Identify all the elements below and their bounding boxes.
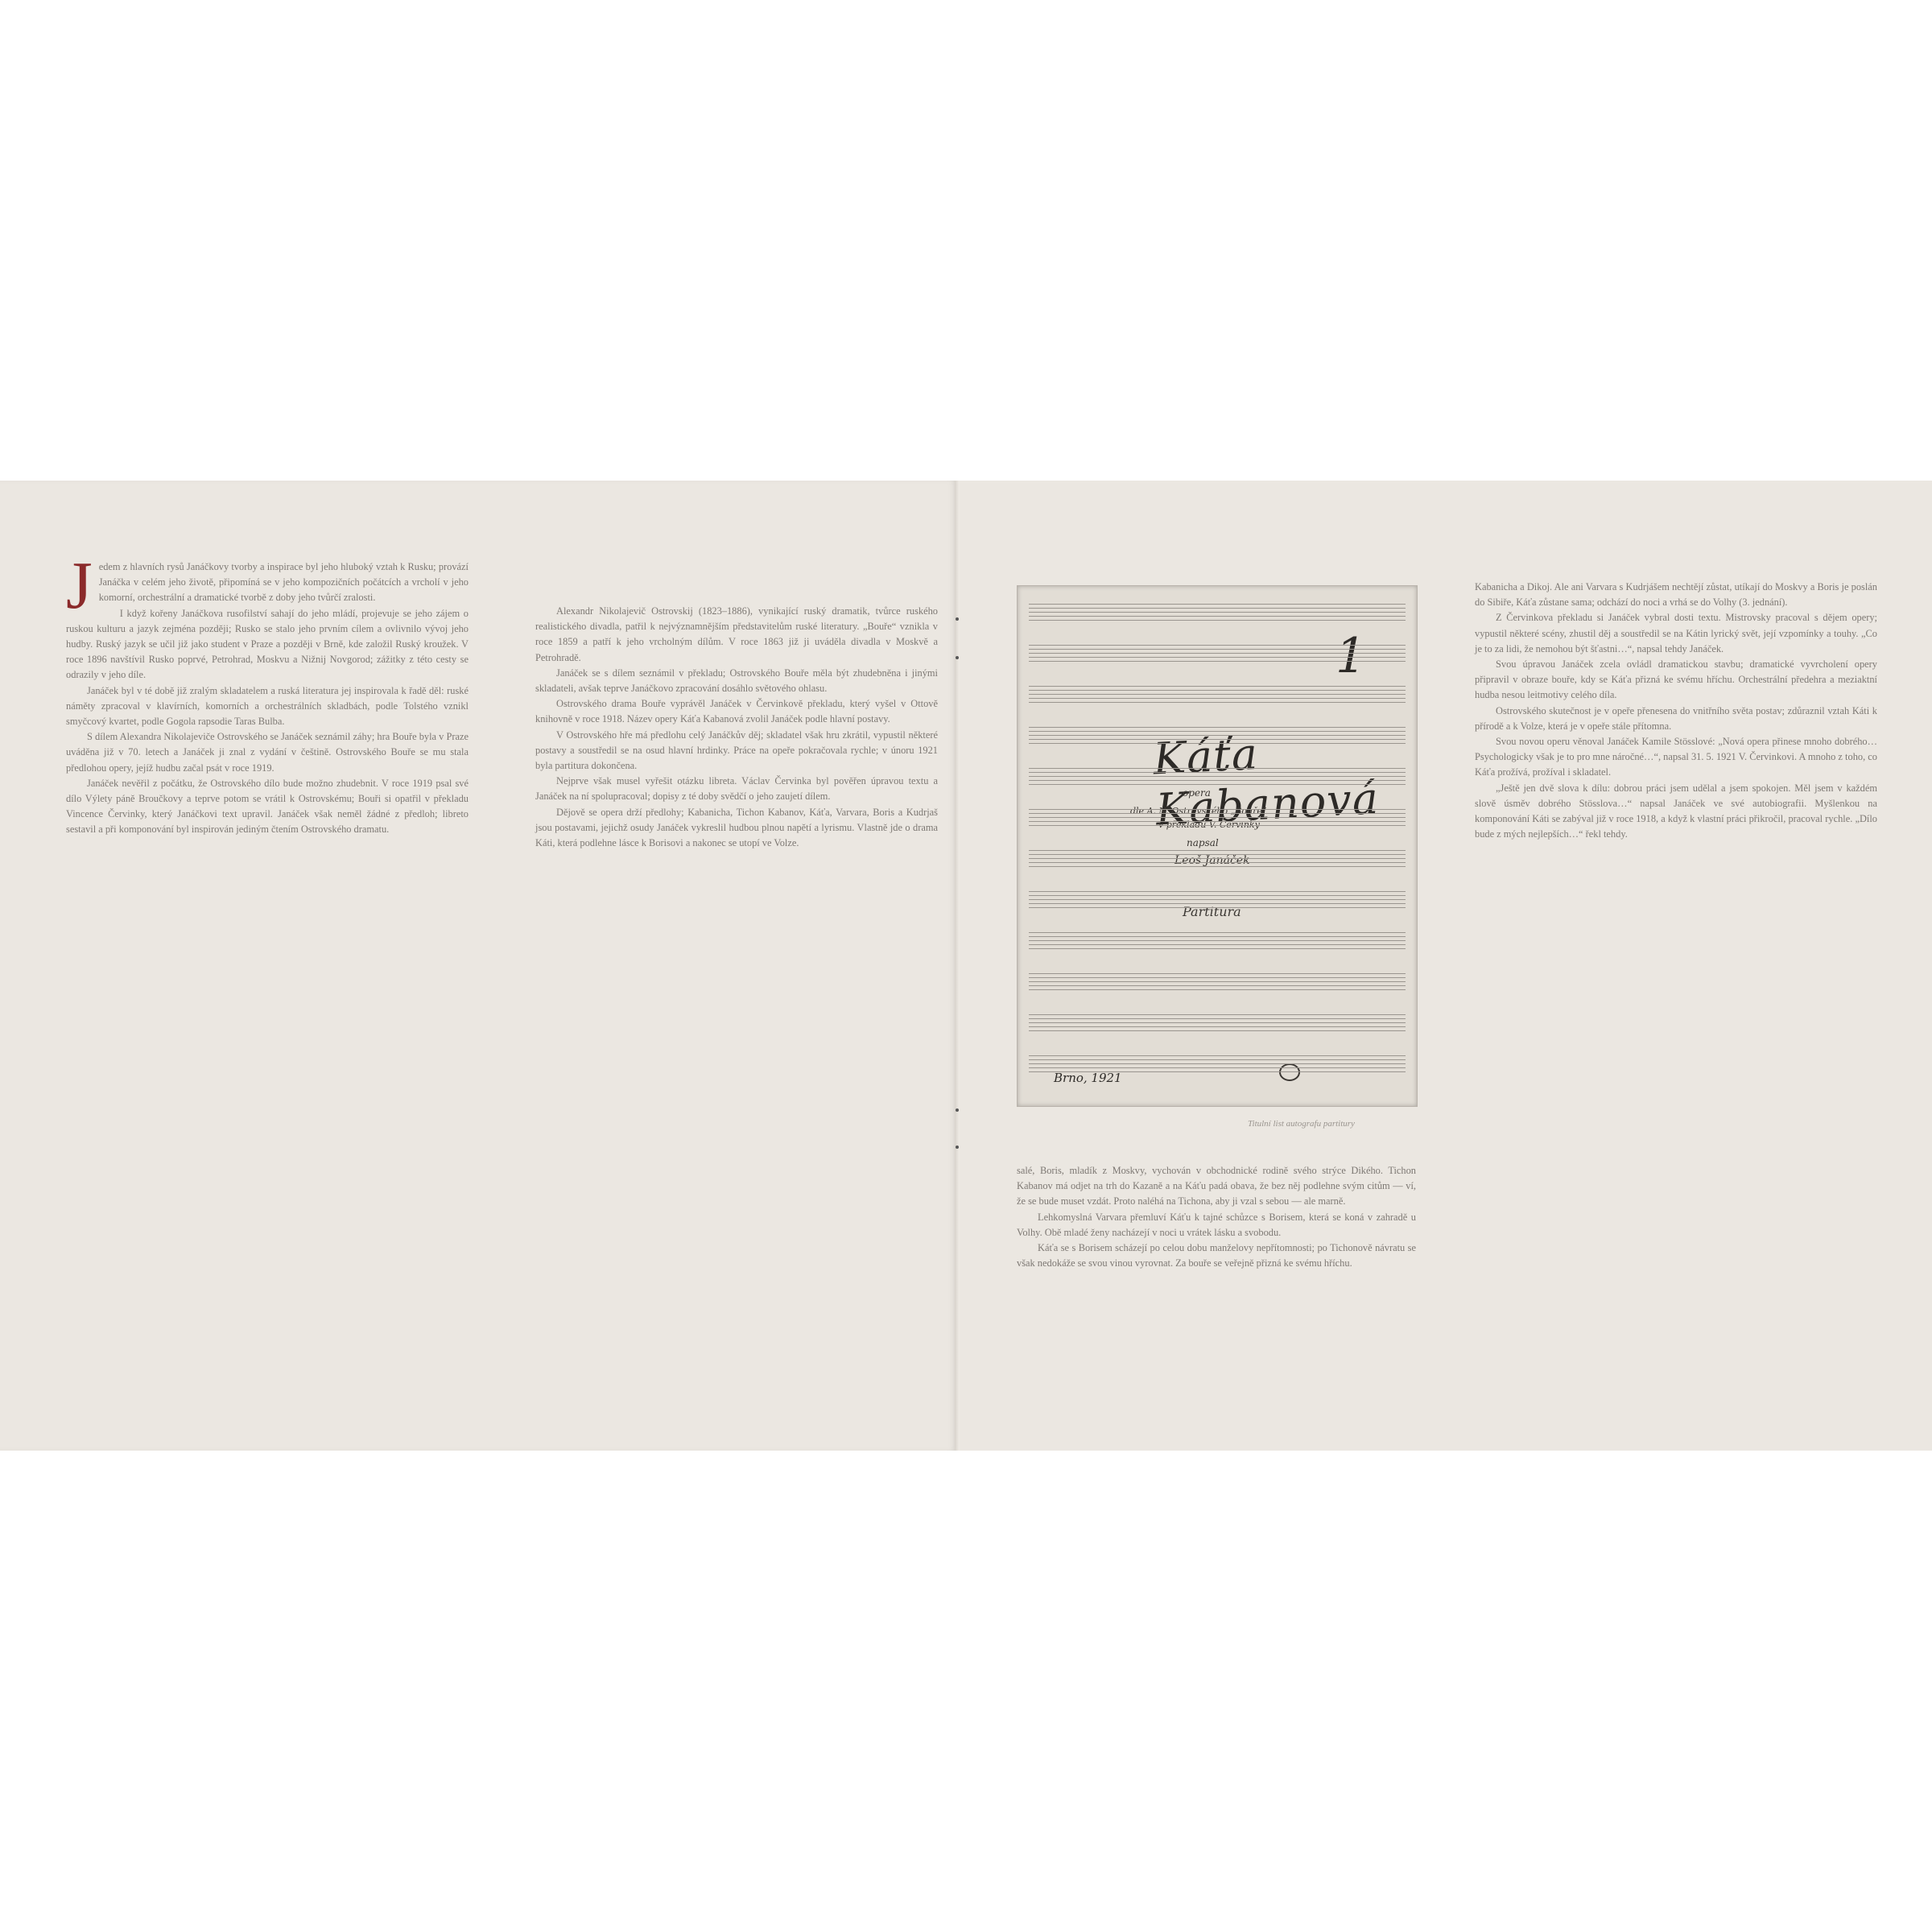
staff-line xyxy=(1029,854,1406,855)
paragraph: Janáček byl v té době již zralým skladat… xyxy=(66,683,469,730)
paragraph: Janáček nevěřil z počátku, že Ostrovskéh… xyxy=(66,776,469,838)
manuscript-number: 1 xyxy=(1335,628,1366,684)
staff-line xyxy=(1029,616,1406,617)
staff-line xyxy=(1029,891,1406,892)
library-stamp-icon xyxy=(1279,1063,1300,1081)
staff-line xyxy=(1029,813,1406,814)
manuscript-title: Káťa Kabanová xyxy=(1152,720,1418,836)
staff-line xyxy=(1029,612,1406,613)
paragraph: Svou úpravou Janáček zcela ovládl dramat… xyxy=(1475,657,1877,704)
paragraph: Svou novou operu věnoval Janáček Kamile … xyxy=(1475,734,1877,781)
staff-line xyxy=(1029,735,1406,736)
staff-line xyxy=(1029,1067,1406,1068)
staff-line xyxy=(1029,768,1406,769)
staple-hole xyxy=(956,617,959,621)
staff-line xyxy=(1029,649,1406,650)
staff-line xyxy=(1029,932,1406,933)
staff-line xyxy=(1029,772,1406,773)
staff-line xyxy=(1029,776,1406,777)
staff-line xyxy=(1029,698,1406,699)
staff-line xyxy=(1029,604,1406,605)
manuscript-footer: Brno, 1921 xyxy=(1054,1071,1122,1085)
staff-line xyxy=(1029,780,1406,781)
paragraph: Dějově se opera drží předlohy; Kabanicha… xyxy=(535,805,938,852)
staff-line xyxy=(1029,948,1406,949)
paragraph: Kabanicha a Dikoj. Ale ani Varvara s Kud… xyxy=(1475,580,1877,610)
staff-line xyxy=(1029,825,1406,826)
staff-line xyxy=(1029,657,1406,658)
staff-line xyxy=(1029,731,1406,732)
staple-hole xyxy=(956,1146,959,1149)
staff-line xyxy=(1029,981,1406,982)
staff-line xyxy=(1029,817,1406,818)
staff-line xyxy=(1029,645,1406,646)
staff-line xyxy=(1029,690,1406,691)
text-column-2: Alexandr Nikolajevič Ostrovskij (1823–18… xyxy=(535,604,938,851)
staff-line xyxy=(1029,1030,1406,1031)
text-column-4: Kabanicha a Dikoj. Ale ani Varvara s Kud… xyxy=(1475,580,1877,842)
staff-line xyxy=(1029,899,1406,900)
staff-line xyxy=(1029,977,1406,978)
staff-line xyxy=(1029,1071,1406,1072)
paragraph: „Ještě jen dvě slova k dílu: dobrou prác… xyxy=(1475,781,1877,843)
figure-caption: Titulní list autografu partitury xyxy=(1248,1119,1355,1129)
paragraph: Ostrovského drama Bouře vyprávěl Janáček… xyxy=(535,696,938,727)
staple-hole xyxy=(956,656,959,659)
staff-line xyxy=(1029,973,1406,974)
staff-line xyxy=(1029,702,1406,703)
staff-line xyxy=(1029,903,1406,904)
staff-line xyxy=(1029,1063,1406,1064)
staff-line xyxy=(1029,858,1406,859)
manuscript-subtitle: dle A. N. Ostrovského „Bouře“ xyxy=(1130,806,1267,816)
paragraph: I když kořeny Janáčkova rusofilství saha… xyxy=(66,606,469,683)
staff-line xyxy=(1029,985,1406,986)
manuscript-signature: Leoš Janáček xyxy=(1174,854,1250,867)
staff-line xyxy=(1029,866,1406,867)
paragraph: edem z hlavních rysů Janáčkovy tvorby a … xyxy=(66,559,469,606)
staff-line xyxy=(1029,895,1406,896)
manuscript-subtitle: opera xyxy=(1183,787,1211,799)
paragraph: Janáček se s dílem seznámil v překladu; … xyxy=(535,666,938,696)
staff-line xyxy=(1029,1018,1406,1019)
staff-line xyxy=(1029,608,1406,609)
text-column-1: J edem z hlavních rysů Janáčkovy tvorby … xyxy=(66,559,469,838)
paragraph: Alexandr Nikolajevič Ostrovskij (1823–18… xyxy=(535,604,938,666)
staff-line xyxy=(1029,944,1406,945)
drop-cap: J xyxy=(66,561,93,611)
staff-line xyxy=(1029,727,1406,728)
staff-line xyxy=(1029,653,1406,654)
staff-line xyxy=(1029,989,1406,990)
staff-line xyxy=(1029,1022,1406,1023)
staff-line xyxy=(1029,1055,1406,1056)
manuscript-label: Partitura xyxy=(1183,904,1241,919)
staff-line xyxy=(1029,907,1406,908)
paragraph: S dílem Alexandra Nikolajeviče Ostrovské… xyxy=(66,729,469,776)
staff-line xyxy=(1029,686,1406,687)
staff-line xyxy=(1029,620,1406,621)
manuscript-title-page-image: 1 Káťa Kabanová opera dle A. N. Ostrovsk… xyxy=(1017,585,1418,1107)
staff-line xyxy=(1029,694,1406,695)
paragraph: Káťa se s Borisem scházejí po celou dobu… xyxy=(1017,1241,1416,1271)
paragraph: Nejprve však musel vyřešit otázku libret… xyxy=(535,774,938,804)
text-column-3: salé, Boris, mladík z Moskvy, vychován v… xyxy=(1017,1163,1416,1271)
paragraph: Ostrovského skutečnost je v opeře přenes… xyxy=(1475,704,1877,734)
paragraph: salé, Boris, mladík z Moskvy, vychován v… xyxy=(1017,1163,1416,1210)
staff-line xyxy=(1029,1026,1406,1027)
staff-line xyxy=(1029,936,1406,937)
staff-line xyxy=(1029,1059,1406,1060)
staff-line xyxy=(1029,743,1406,744)
staff-line xyxy=(1029,809,1406,810)
paragraph: Lehkomyslná Varvara přemluví Káťu k tajn… xyxy=(1017,1210,1416,1241)
staff-line xyxy=(1029,850,1406,851)
staff-line xyxy=(1029,1014,1406,1015)
staff-line xyxy=(1029,784,1406,785)
staple-hole xyxy=(956,1108,959,1112)
staff-line xyxy=(1029,821,1406,822)
paragraph: V Ostrovského hře má předlohu celý Janáč… xyxy=(535,728,938,774)
staff-line xyxy=(1029,739,1406,740)
staff-line xyxy=(1029,940,1406,941)
center-fold xyxy=(955,481,960,1451)
staff-line xyxy=(1029,661,1406,662)
paragraph: Z Červinkova překladu si Janáček vybral … xyxy=(1475,610,1877,657)
staff-line xyxy=(1029,862,1406,863)
manuscript-subtitle: napsal xyxy=(1187,837,1219,848)
